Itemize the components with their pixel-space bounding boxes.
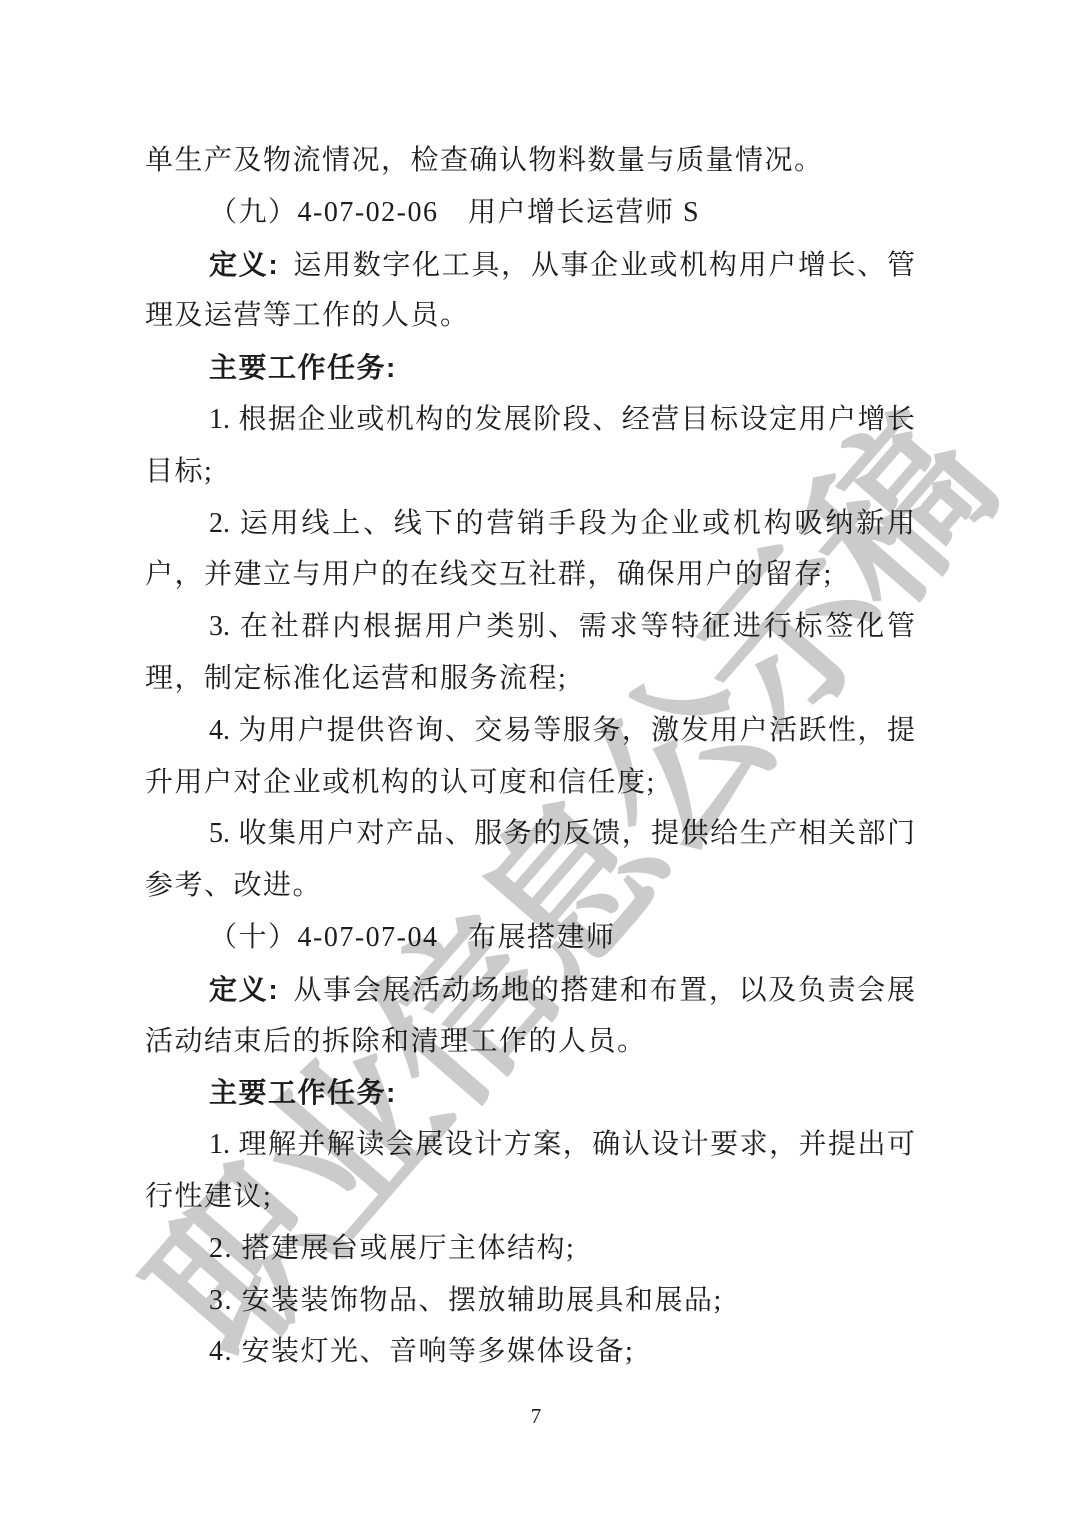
task-item-1-continuation: 目标; <box>145 446 915 498</box>
definition-line: 定义:运用数字化工具，从事企业或机构用户增长、管 <box>145 239 915 291</box>
page-number: 7 <box>0 1404 1072 1429</box>
task-item-2-continuation: 户，并建立与用户的在线交互社群，确保用户的留存; <box>145 549 915 601</box>
occupation-heading-9: （九）4-07-02-06 用户增长运营师 S <box>145 187 915 239</box>
body-line-continuation: 单生产及物流情况，检查确认物料数量与质量情况。 <box>145 135 915 187</box>
document-page: 职业信息公示稿 单生产及物流情况，检查确认物料数量与质量情况。 （九）4-07-… <box>0 0 1080 1526</box>
task-item-1-continuation: 行性建议; <box>145 1171 915 1223</box>
task-item-2: 2. 运用线上、线下的营销手段为企业或机构吸纳新用 <box>145 498 915 550</box>
task-item-1: 1. 根据企业或机构的发展阶段、经营目标设定用户增长 <box>145 394 915 446</box>
task-item-3: 3. 安装装饰物品、摆放辅助展具和展品; <box>145 1275 915 1327</box>
task-item-5: 5. 收集用户对产品、服务的反馈，提供给生产相关部门 <box>145 808 915 860</box>
definition-label: 定义: <box>209 249 278 280</box>
task-item-4-continuation: 升用户对企业或机构的认可度和信任度; <box>145 757 915 809</box>
definition-continuation: 理及运营等工作的人员。 <box>145 290 915 342</box>
task-item-4: 4. 为用户提供咨询、交易等服务，激发用户活跃性，提 <box>145 705 915 757</box>
occupation-heading-10: （十）4-07-07-04 布展搭建师 <box>145 912 915 964</box>
tasks-heading: 主要工作任务: <box>145 342 915 394</box>
task-item-2: 2. 搭建展台或展厅主体结构; <box>145 1223 915 1275</box>
task-item-5-continuation: 参考、改进。 <box>145 860 915 912</box>
definition-continuation: 活动结束后的拆除和清理工作的人员。 <box>145 1016 915 1068</box>
task-item-1: 1. 理解并解读会展设计方案，确认设计要求，并提出可 <box>145 1119 915 1171</box>
definition-label: 定义: <box>209 974 278 1005</box>
task-item-3-continuation: 理，制定标准化运营和服务流程; <box>145 653 915 705</box>
document-body: 单生产及物流情况，检查确认物料数量与质量情况。 （九）4-07-02-06 用户… <box>145 135 915 1378</box>
task-item-4: 4. 安装灯光、音响等多媒体设备; <box>145 1326 915 1378</box>
tasks-heading: 主要工作任务: <box>145 1067 915 1119</box>
definition-line-2: 定义:从事会展活动场地的搭建和布置，以及负责会展 <box>145 964 915 1016</box>
task-item-3: 3. 在社群内根据用户类别、需求等特征进行标签化管 <box>145 601 915 653</box>
definition-text: 从事会展活动场地的搭建和布置，以及负责会展 <box>292 975 915 1006</box>
definition-text: 运用数字化工具，从事企业或机构用户增长、管 <box>292 250 915 281</box>
